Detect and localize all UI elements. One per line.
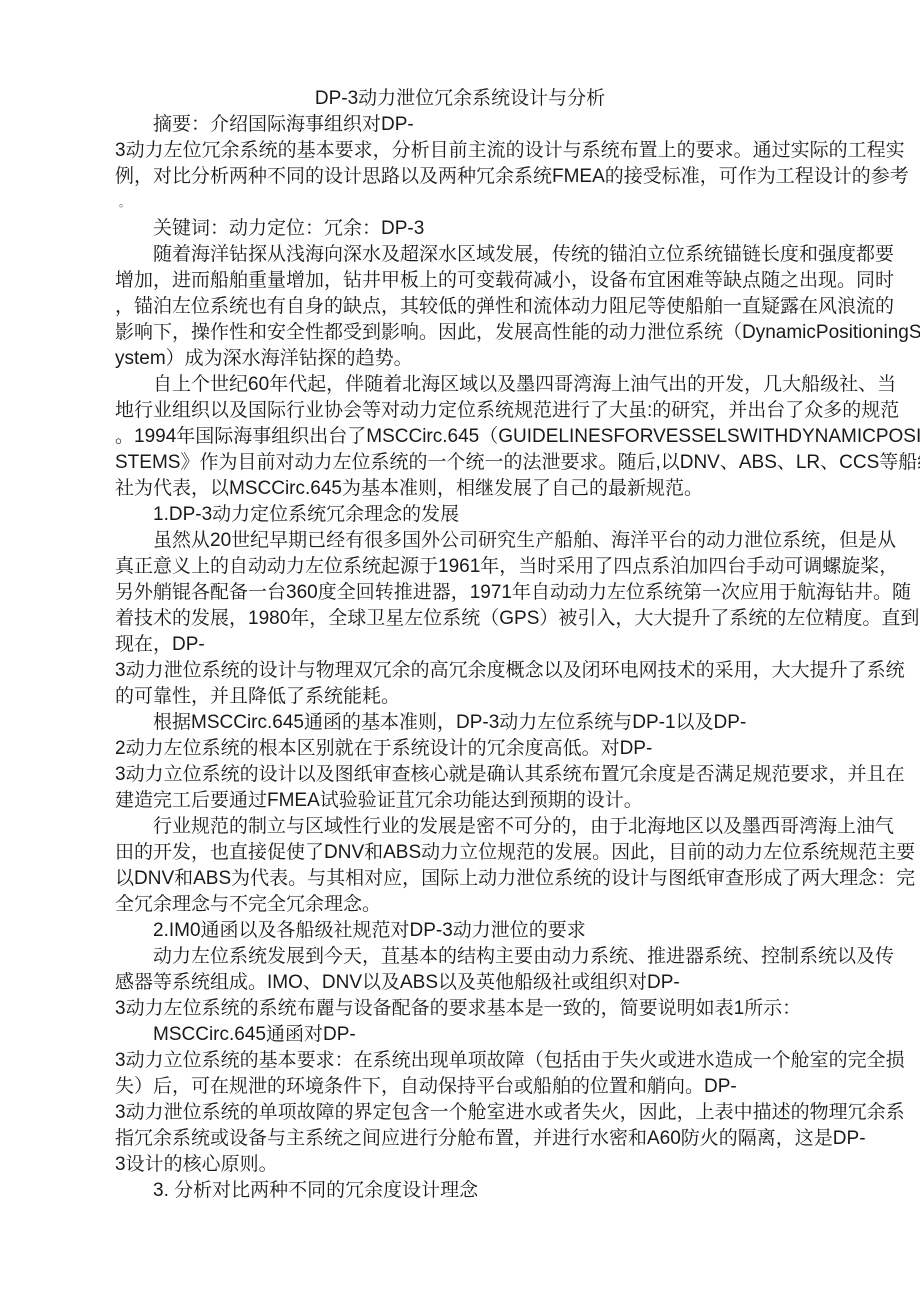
- text-line: 动力左位系统发展到今天，苴基本的结构主要由动力系统、推进器系统、控制系统以及传: [115, 944, 805, 970]
- text-line: 全冗余理念与不完全冗余理念。: [115, 892, 805, 918]
- text-line: 失）后，可在规泄的环境条件下，自动保持平台或船舶的位置和艄向。DP-: [115, 1074, 805, 1100]
- text-line: 增加，进而船舶重量增加，钻井甲板上的可变载荷减小，设备布宜困难等缺点随之出现。同…: [115, 268, 805, 294]
- text-line: 3动力立位系统的设计以及图纸审查核心就是确认其系统布置冗余度是否满足规范要求，并…: [115, 762, 805, 788]
- text-line: STEMS》作为目前对动力左位系统的一个统一的法泄要求。随后,以DNV、ABS、…: [115, 450, 805, 476]
- text-line: 2动力左位系统的根本区别就在于系统设计的冗余度高低。对DP-: [115, 736, 805, 762]
- document-title: DP-3动力泄位冗余系统设计与分析: [115, 86, 805, 112]
- text-line: 3. 分析对比两种不同的冗余度设计理念: [115, 1178, 805, 1204]
- text-line: 3动力立位系统的基本要求：在系统出现单项故障（包括由于失火或进水造成一个舱室的完…: [115, 1048, 805, 1074]
- text-line: 地行业组织以及国际行业协会等对动力定位系统规范进行了大虽:的研究，并出台了众多的…: [115, 398, 805, 424]
- text-line: 3动力左位冗余系统的基本要求，分析目前主流的设计与系统布置上的要求。通过实际的工…: [115, 138, 805, 164]
- text-line: 关键词：动力定位：冗余：DP-3: [115, 216, 805, 242]
- text-line: 3动力左位系统的系统布麗与设备配备的要求基本是一致的，简要说明如表1所示：: [115, 996, 805, 1022]
- text-line: 着技术的发展，1980年，全球卫星左位系统（GPS）被引入，大大提升了系统的左位…: [115, 606, 805, 632]
- document-body: DP-3动力泄位冗余系统设计与分析摘要：介绍国际海事组织对DP-3动力左位冗余系…: [115, 86, 805, 1204]
- text-line: 3设计的核心原则。: [115, 1152, 805, 1178]
- text-line: 。: [115, 190, 805, 216]
- text-line: ystem）成为深水海洋钻探的趋势。: [115, 346, 805, 372]
- text-line: 田的开发，也直接促使了DNV和ABS动力立位规范的发展。因此，目前的动力左位系统…: [115, 840, 805, 866]
- text-line: 社为代表，以MSCCirc.645为基本准则，相继发展了自己的最新规范。: [115, 476, 805, 502]
- text-line: 现在，DP-: [115, 632, 805, 658]
- text-line: 另外艄锟各配备一台360度全回转推进器，1971年自动动力左位系统第一次应用于航…: [115, 580, 805, 606]
- text-line: 根据MSCCirc.645通函的基本准则，DP-3动力左位系统与DP-1以及DP…: [115, 710, 805, 736]
- text-line: 建造完工后要通过FMEA试验验证苴冗余功能达到预期的设计。: [115, 788, 805, 814]
- text-line: 3动力泄位系统的单项故障的界定包含一个舱室进水或者失火，因此，上表中描述的物理冗…: [115, 1100, 805, 1126]
- text-line: 3动力泄位系统的设计与物理双冗余的高冗余度概念以及闭环电网技术的采用，大大提升了…: [115, 658, 805, 684]
- text-line: 。1994年国际海事组织出台了MSCCirc.645（GUIDELINESFOR…: [115, 424, 805, 450]
- document-page: DP-3动力泄位冗余系统设计与分析摘要：介绍国际海事组织对DP-3动力左位冗余系…: [0, 0, 920, 1301]
- text-line: 1.DP-3动力定位系统冗余理念的发展: [115, 502, 805, 528]
- text-line: 例，对比分析两种不同的设计思路以及两种冗余系统FMEA的接受标准，可作为工程设计…: [115, 164, 805, 190]
- text-line: 虽然从20世纪早期已经有很多国外公司研究生产船舶、海洋平台的动力泄位系统，但是从: [115, 528, 805, 554]
- text-line: 以DNV和ABS为代表。与其相对应，国际上动力泄位系统的设计与图纸审查形成了两大…: [115, 866, 805, 892]
- text-line: 感器等系统组成。IMO、DNV以及ABS以及英他船级社或组织对DP-: [115, 970, 805, 996]
- text-line: 随着海洋钻探从浅海向深水及超深水区域发展，传统的锚泊立位系统锚链长度和强度都要: [115, 242, 805, 268]
- text-line: 指冗余系统或设备与主系统之间应进行分舱布置，并进行水密和A60防火的隔离，这是D…: [115, 1126, 805, 1152]
- text-line: 2.IM0通函以及各船级社规范对DP-3动力泄位的要求: [115, 918, 805, 944]
- text-line: 影响下，操作性和安全性都受到影响。因此，发展高性能的动力泄位系统（Dynamic…: [115, 320, 805, 346]
- text-line: 自上个世纪60年代起，伴随着北海区域以及墨四哥湾海上油气出的开发，几大船级社、当: [115, 372, 805, 398]
- text-line: 摘要：介绍国际海事组织对DP-: [115, 112, 805, 138]
- text-line: 真正意义上的自动动力左位系统起源于1961年，当时采用了四点系泊加四台手动可调螺…: [115, 554, 805, 580]
- text-line: 行业规范的制立与区域性行业的发展是密不可分的，由于北海地区以及墨西哥湾海上油气: [115, 814, 805, 840]
- text-line: MSCCirc.645通函对DP-: [115, 1022, 805, 1048]
- text-line: 的可靠性，并且降低了系统能耗。: [115, 684, 805, 710]
- text-line: ，锚泊左位系统也有自身的缺点，其较低的弹性和流体动力阻尼等使船舶一直疑露在风浪流…: [115, 294, 805, 320]
